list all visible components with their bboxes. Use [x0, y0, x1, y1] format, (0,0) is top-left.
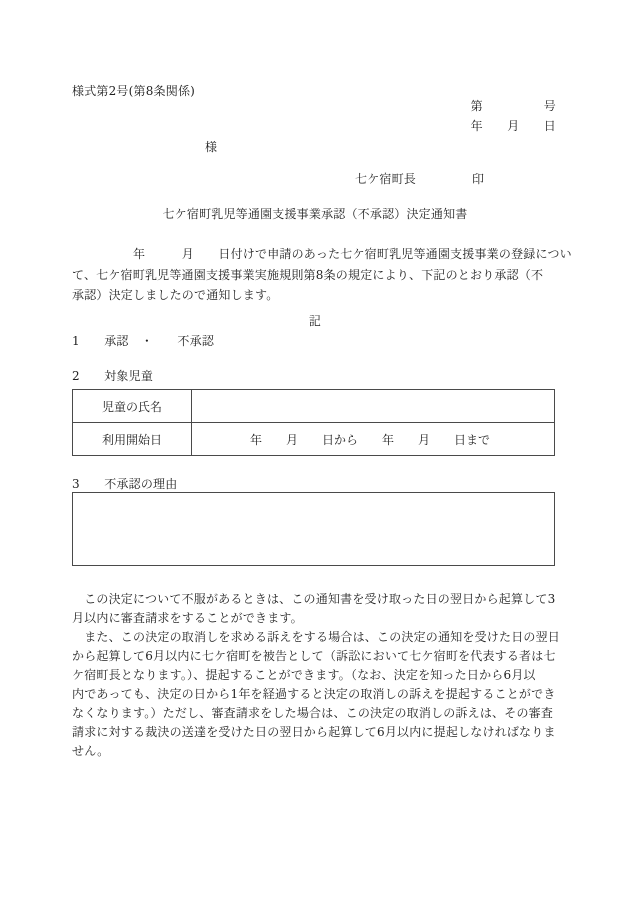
- footer-line: 内であっても、決定の日から1年を経過すると決定の取消しの訴えを提起することができ: [72, 687, 556, 701]
- footer-line: ケ宿町長となります。）、提起することができます。（なお、決定を知った日から6月以: [72, 668, 536, 682]
- form-number: 様式第2号(第8条関係): [72, 84, 195, 98]
- seal-placeholder: 印: [472, 172, 484, 186]
- footer-line: 請求に対する裁決の送達を受けた日の翌日から起算して6月以内に提起しなければなりま: [72, 725, 556, 739]
- target-child-table: 児童の氏名 利用開始日 年 月 日から 年 月 日まで: [72, 389, 555, 456]
- document-page: 様式第2号(第8条関係) 第 号 年 月 日 様 七ケ宿町長 印 七ケ宿町乳児等…: [0, 0, 630, 903]
- disapproval-reason-box: [72, 492, 555, 566]
- date-line: 年 月 日: [471, 119, 556, 133]
- document-title: 七ケ宿町乳児等通園支援事業承認（不承認）決定通知書: [0, 207, 630, 221]
- addressee-honorific: 様: [205, 140, 217, 154]
- item-disapproval-reason-heading: 3 不承認の理由: [72, 477, 177, 491]
- body-line: て、七ケ宿町乳児等通園支援事業実施規則第8条の規定により、下記のとおり承認（不: [72, 268, 543, 282]
- footer-line: この決定について不服があるときは、この通知書を受け取った日の翌日から起算して3: [72, 592, 555, 606]
- sender-title: 七ケ宿町長: [355, 172, 416, 186]
- use-start-date-value: 年 月 日から 年 月 日まで: [192, 423, 555, 456]
- body-line: 承認）決定しましたので通知します。: [72, 288, 278, 302]
- item-target-child-heading: 2 対象児童: [72, 369, 153, 383]
- footer-line: せん。: [72, 744, 109, 758]
- item-approval-choice: 1 承認 ・ 不承認: [72, 334, 214, 348]
- footer-line: 月以内に審査請求をすることができます。: [72, 611, 303, 625]
- body-line: 年 月 日付けで申請のあった七ケ宿町乳児等通園支援事業の登録につい: [72, 247, 572, 261]
- footer-line: なくなります。）ただし、審査請求をした場合は、この決定の取消しの訴えは、その審査: [72, 706, 553, 720]
- table-row: 利用開始日 年 月 日から 年 月 日まで: [73, 423, 555, 456]
- use-start-date-label: 利用開始日: [73, 423, 192, 456]
- footer-line: また、この決定の取消しを求める訴えをする場合は、この決定の通知を受けた日の翌日: [72, 630, 560, 644]
- child-name-value: [192, 390, 555, 423]
- child-name-label: 児童の氏名: [73, 390, 192, 423]
- footer-line: から起算して6月以内に七ケ宿町を被告として（訴訟において七ケ宿町を代表する者は七: [72, 649, 556, 663]
- table-row: 児童の氏名: [73, 390, 555, 423]
- document-number-line: 第 号: [471, 99, 556, 113]
- record-marker: 記: [0, 314, 630, 328]
